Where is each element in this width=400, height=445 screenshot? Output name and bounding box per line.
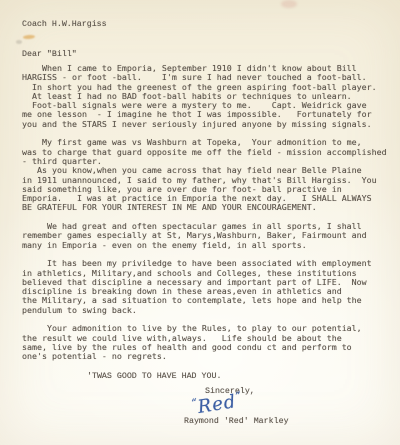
closing-line: 'TWAS GOOD TO HAVE HAD YOU. (87, 372, 221, 381)
letter-page: Coach H.W.Hargiss Dear "Bill" When I cam… (0, 0, 400, 445)
greeting-line: Dear "Bill" (22, 50, 77, 59)
gray-smudge (16, 40, 22, 44)
signature-name: Red (196, 391, 238, 418)
orange-ink-smudge (23, 35, 35, 40)
handwritten-signature: “Red” (191, 389, 244, 419)
faint-top-right-smudge (281, 0, 297, 8)
addressee-line: Coach H.W.Hargiss (22, 20, 107, 29)
typed-signature-line: Raymond 'Red' Markley (184, 417, 289, 426)
letter-body: When I came to Emporia, September 1910 I… (22, 64, 387, 362)
